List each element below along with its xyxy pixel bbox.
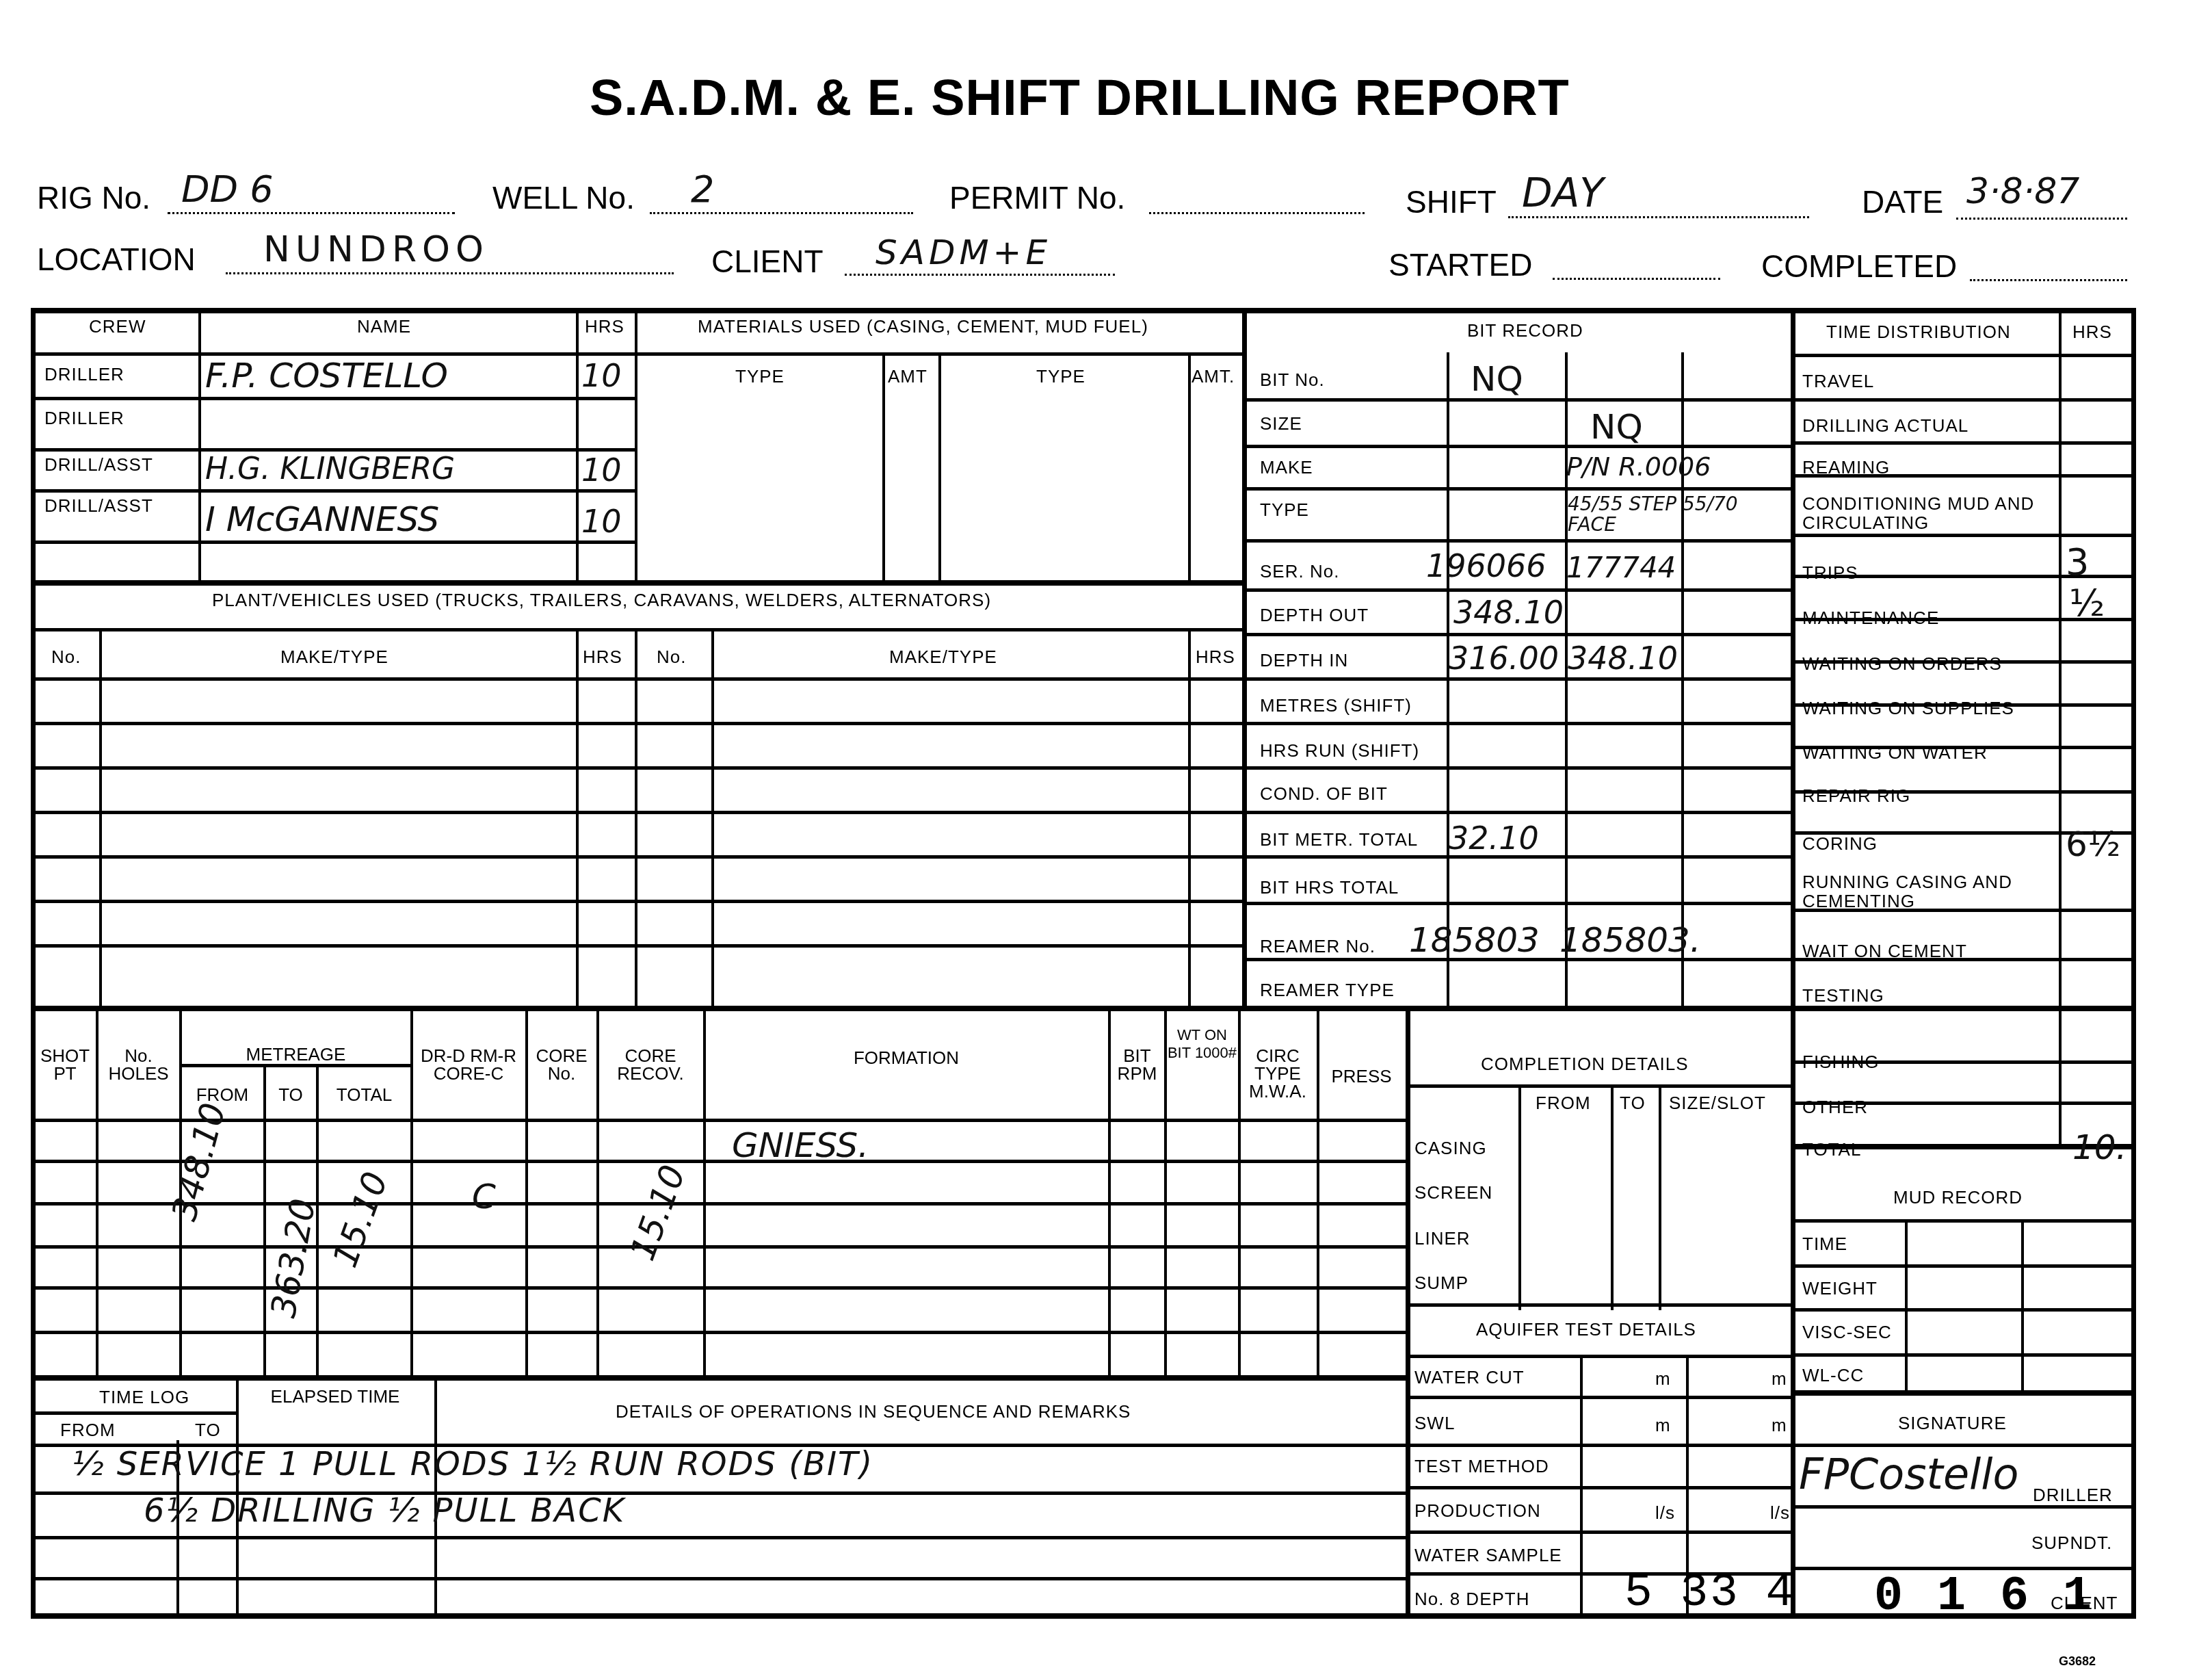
plant-hrs2-header: HRS	[1196, 647, 1235, 668]
log-total-value: 15.10	[325, 1167, 395, 1272]
signature-title: SIGNATURE	[1898, 1413, 2007, 1434]
time-row-label: REPAIR RIG	[1802, 785, 1910, 807]
bit-row-label: BIT No.	[1260, 369, 1325, 391]
press-header: PRESS	[1319, 1067, 1404, 1085]
time-dist-hrs-header: HRS	[2072, 322, 2112, 343]
formation-header: FORMATION	[705, 1049, 1108, 1067]
time-row-label: RUNNING CASING AND CEMENTING	[1802, 872, 2049, 911]
bit-row-label: MAKE	[1260, 457, 1313, 478]
crew-hrs: 10	[581, 452, 622, 488]
bit-cell: 45/55 STEP 55/70 FACE	[1568, 494, 1787, 535]
report-title: S.A.D.M. & E. SHIFT DRILLING REPORT	[590, 68, 1570, 127]
materials-type-header: TYPE	[735, 366, 785, 387]
time-row-label: WAIT ON CEMENT	[1802, 941, 1967, 962]
permit-no-label: PERMIT No.	[949, 179, 1125, 216]
log-to-value: 363.20	[263, 1196, 323, 1320]
aquifer-unit: l/s	[1655, 1502, 1675, 1524]
log-drd-value: C	[472, 1177, 496, 1216]
bit-rpm-header: BIT RPM	[1111, 1047, 1163, 1082]
well-no-label: WELL No.	[492, 179, 635, 216]
rig-no-label: RIG No.	[37, 179, 150, 216]
time-row-hrs: 3	[2066, 540, 2089, 584]
bit-row-label: METRES (SHIFT)	[1260, 695, 1412, 716]
mud-row-label: WL-CC	[1802, 1365, 1864, 1386]
aquifer-unit: m	[1655, 1415, 1671, 1436]
time-row-label: CORING	[1802, 833, 1878, 855]
bit-cell: 316.00	[1449, 640, 1559, 677]
time-row-label: TOTAL	[1802, 1139, 1861, 1160]
bit-row-label: REAMER No.	[1260, 936, 1375, 957]
completed-label: COMPLETED	[1761, 248, 1957, 285]
aquifer-row-label: SWL	[1414, 1413, 1455, 1434]
completion-row-label: SCREEN	[1414, 1182, 1492, 1203]
shift-label: SHIFT	[1406, 183, 1497, 220]
aquifer-unit: m	[1655, 1368, 1671, 1390]
bit-record-title: BIT RECORD	[1467, 320, 1583, 341]
crew-hrs: 10	[581, 357, 622, 394]
bit-row-label: BIT METR. TOTAL	[1260, 829, 1418, 850]
time-row-label: WAITING ON WATER	[1802, 742, 1988, 764]
mud-row-label: WEIGHT	[1802, 1278, 1878, 1299]
completion-title: COMPLETION DETAILS	[1481, 1054, 1689, 1075]
time-row-label: FISHING	[1802, 1052, 1879, 1073]
mud-record-title: MUD RECORD	[1893, 1187, 2023, 1208]
time-row-label: MAINTENANCE	[1802, 608, 1939, 629]
depth-number-2: 3 4	[1710, 1567, 1793, 1619]
log-formation-value: GNIESS.	[732, 1125, 869, 1165]
bit-row-label: COND. OF BIT	[1260, 783, 1388, 805]
mud-row-label: TIME	[1802, 1234, 1847, 1255]
client-value: SADM+E	[875, 233, 1051, 272]
metreage-from-header: FROM	[181, 1086, 263, 1104]
crew-name: F.P. COSTELLO	[205, 356, 448, 395]
completion-row-label: LINER	[1414, 1228, 1471, 1249]
circ-type-header: CIRC TYPE M.W.A.	[1240, 1047, 1315, 1100]
aquifer-title: AQUIFER TEST DETAILS	[1476, 1319, 1696, 1340]
bit-row-label: DEPTH IN	[1260, 650, 1348, 671]
crew-role: DRILL/ASST	[44, 454, 153, 475]
time-row-label: DRILLING ACTUAL	[1802, 415, 1969, 436]
time-row-hrs: 6½	[2066, 824, 2120, 864]
crew-name: H.G. KLINGBERG	[205, 452, 455, 486]
time-row-label: TRAVEL	[1802, 371, 1874, 392]
rig-no-value: DD 6	[181, 168, 274, 211]
wt-on-bit-header: WT ON BIT 1000#	[1166, 1026, 1238, 1062]
crew-header: CREW	[89, 316, 146, 337]
aquifer-unit: m	[1772, 1415, 1787, 1436]
location-label: LOCATION	[37, 241, 196, 278]
metreage-to-header: TO	[265, 1086, 316, 1104]
crew-role: DRILLER	[44, 364, 124, 385]
started-label: STARTED	[1388, 246, 1532, 283]
client-label: CLIENT	[711, 243, 824, 280]
client-signature-label: CLIENT	[2051, 1593, 2118, 1614]
crew-hrs: 10	[581, 503, 622, 540]
bit-cell: 348.10	[1568, 640, 1678, 677]
time-row-label: CONDITIONING MUD AND CIRCULATING	[1802, 494, 2049, 532]
crew-hrs-header: HRS	[585, 316, 624, 337]
form-code: G3682	[2059, 1654, 2096, 1668]
plant-hrs-header: HRS	[583, 647, 622, 668]
depth-number-1: 5 3	[1624, 1567, 1708, 1619]
bit-cell: P/N R.0006	[1566, 452, 1711, 482]
completion-row-label: CASING	[1414, 1138, 1487, 1159]
bit-row-label: DEPTH OUT	[1260, 605, 1369, 626]
operations-details-header: DETAILS OF OPERATIONS IN SEQUENCE AND RE…	[616, 1401, 1131, 1422]
bit-cell: 185803	[1409, 920, 1540, 960]
name-header: NAME	[357, 316, 411, 337]
core-recov-header: CORE RECOV.	[599, 1047, 702, 1082]
supndt-label: SUPNDT.	[2031, 1533, 2112, 1554]
log-core-recov-value: 15.10	[622, 1160, 693, 1265]
aquifer-unit: m	[1772, 1368, 1787, 1390]
time-row-label: OTHER	[1802, 1097, 1868, 1118]
aquifer-row-label: WATER CUT	[1414, 1367, 1525, 1388]
mud-row-label: VISC-SEC	[1802, 1322, 1892, 1343]
aquifer-row-label: WATER SAMPLE	[1414, 1545, 1562, 1566]
bit-cell: 177744	[1566, 551, 1676, 584]
drd-header: DR-D RM-R CORE-C	[417, 1047, 520, 1082]
bit-row-label: REAMER TYPE	[1260, 980, 1395, 1001]
bit-row-label: BIT HRS TOTAL	[1260, 877, 1399, 898]
crew-name: I McGANNESS	[205, 499, 439, 539]
core-no-header: CORE No.	[528, 1047, 595, 1082]
metreage-total-header: TOTAL	[318, 1086, 410, 1104]
shift-value: DAY	[1522, 170, 1604, 216]
operations-line[interactable]: ½ SERVICE 1 PULL RODS 1½ RUN RODS (BIT)	[72, 1445, 873, 1483]
bit-cell: 185803.	[1559, 920, 1701, 960]
plant-title: PLANT/VEHICLES USED (TRUCKS, TRAILERS, C…	[212, 590, 991, 611]
well-no-value: 2	[691, 168, 714, 211]
operations-line[interactable]: 6½ DRILLING ½ PULL BACK	[144, 1491, 625, 1530]
bit-cell: 32.10	[1449, 820, 1539, 857]
date-label: DATE	[1862, 183, 1943, 220]
time-row-label: WAITING ON ORDERS	[1802, 653, 2002, 675]
materials-title: MATERIALS USED (CASING, CEMENT, MUD FUEL…	[698, 316, 1148, 337]
aquifer-row-label: TEST METHOD	[1414, 1456, 1549, 1477]
completion-to-header: TO	[1620, 1093, 1646, 1114]
bit-row-label: SIZE	[1260, 413, 1302, 434]
shot-pt-header: SHOT PT	[34, 1047, 96, 1082]
plant-no2-header: No.	[657, 647, 686, 668]
bit-cell: 348.10	[1453, 594, 1564, 631]
time-dist-title: TIME DISTRIBUTION	[1826, 322, 2011, 343]
materials-amt-header: AMT	[888, 366, 927, 387]
aquifer-row-label: PRODUCTION	[1414, 1500, 1541, 1522]
bit-cell: 196066	[1426, 547, 1546, 584]
driller-label: DRILLER	[2033, 1485, 2113, 1506]
materials-amt2-header: AMT.	[1191, 366, 1235, 387]
time-log-header: TIME LOG	[99, 1387, 189, 1408]
time-total-hrs: 10.	[2072, 1128, 2127, 1167]
aquifer-row-label: No. 8 DEPTH	[1414, 1589, 1530, 1610]
crew-role: DRILLER	[44, 408, 124, 429]
time-log-from-header: FROM	[60, 1420, 116, 1441]
crew-role: DRILL/ASST	[44, 495, 153, 517]
bit-row-label: SER. No.	[1260, 561, 1339, 582]
completion-from-header: FROM	[1536, 1093, 1591, 1114]
aquifer-unit: l/s	[1770, 1502, 1790, 1524]
time-row-label: WAITING ON SUPPLIES	[1802, 698, 2014, 719]
plant-make2-header: MAKE/TYPE	[889, 647, 997, 668]
completion-row-label: SUMP	[1414, 1273, 1469, 1294]
date-value: 3·8·87	[1966, 171, 2079, 212]
bit-cell: NQ	[1590, 407, 1643, 447]
plant-make-header: MAKE/TYPE	[280, 647, 389, 668]
time-row-label: REAMING	[1802, 457, 1890, 478]
time-row-label: TESTING	[1802, 985, 1884, 1006]
no-holes-header: No. HOLES	[99, 1047, 178, 1082]
bit-cell: NQ	[1471, 359, 1523, 399]
driller-signature: FPCostello	[1799, 1449, 2018, 1499]
elapsed-time-header: ELAPSED TIME	[267, 1387, 404, 1405]
completion-size-header: SIZE/SLOT	[1669, 1093, 1766, 1114]
time-row-label: TRIPS	[1802, 562, 1858, 584]
time-row-hrs: ½	[2069, 582, 2105, 625]
materials-type2-header: TYPE	[1036, 366, 1085, 387]
metreage-header: METREAGE	[181, 1045, 410, 1063]
bit-row-label: HRS RUN (SHIFT)	[1260, 740, 1419, 761]
plant-no-header: No.	[51, 647, 81, 668]
time-log-to-header: TO	[195, 1420, 221, 1441]
bit-row-label: TYPE	[1260, 499, 1309, 521]
location-value: NUNDROO	[263, 229, 489, 270]
